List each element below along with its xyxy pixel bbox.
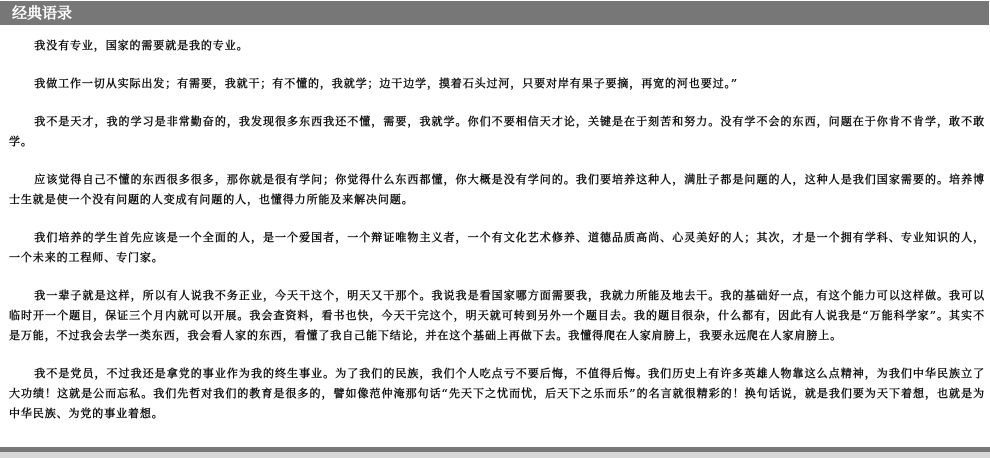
section-header-bar: 经典语录	[0, 1, 989, 25]
quote-paragraph: 应该觉得自己不懂的东西很多很多，那你就是很有学问；你觉得什么东西都懂，你大概是没…	[9, 170, 985, 210]
quote-paragraph: 我不是天才，我的学习是非常勤奋的，我发现很多东西我还不懂，需要，我就学。你们不要…	[9, 112, 985, 152]
section-title: 经典语录	[12, 4, 72, 22]
quote-paragraph: 我们培养的学生首先应该是一个全面的人，是一个爱国者，一个辩证唯物主义者，一个有文…	[9, 228, 985, 268]
quote-paragraph: 我没有专业，国家的需要就是我的专业。	[9, 36, 985, 56]
quotes-content: 我没有专业，国家的需要就是我的专业。 我做工作一切从实际出发；有需要，我就干；有…	[9, 36, 985, 442]
footer-band	[0, 452, 990, 458]
quote-paragraph: 我不是党员，不过我还是拿党的事业作为我的终生事业。为了我们的民族，我们个人吃点亏…	[9, 364, 985, 424]
quote-paragraph: 我一辈子就是这样，所以有人说我不务正业，今天干这个，明天又干那个。我说我是看国家…	[9, 286, 985, 346]
quote-paragraph: 我做工作一切从实际出发；有需要，我就干；有不懂的，我就学；边干边学，摸着石头过河…	[9, 74, 985, 94]
header-tab-notch	[6, 25, 72, 28]
